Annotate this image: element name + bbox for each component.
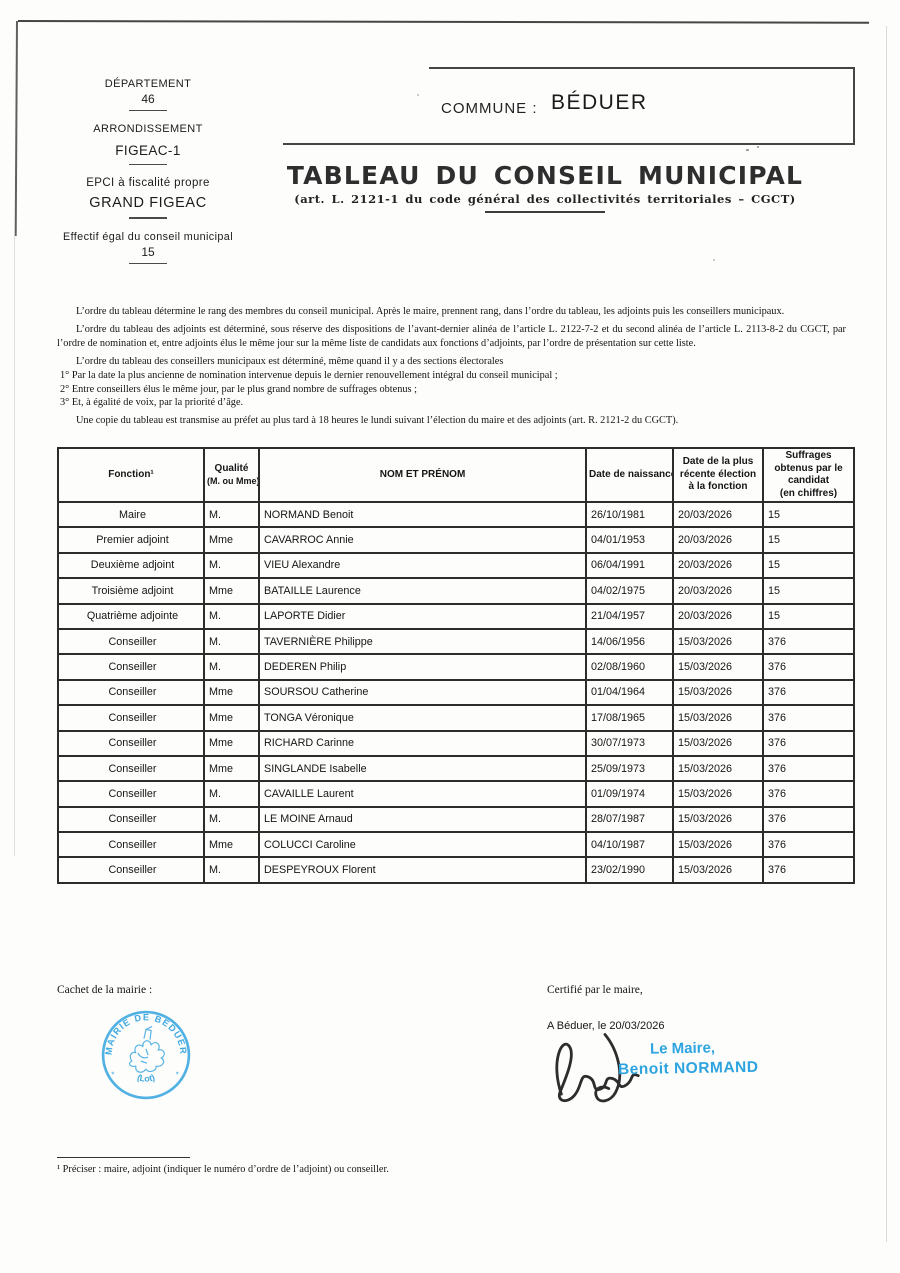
footnote: ¹ Préciser : maire, adjoint (indiquer le… (57, 1164, 389, 1175)
cell-election: 15/03/2026 (673, 629, 763, 654)
cell-qualite: Mme (204, 705, 259, 730)
cell-naissance: 23/02/1990 (586, 857, 673, 882)
cell-election: 15/03/2026 (673, 654, 763, 679)
cell-naissance: 04/01/1953 (586, 527, 673, 552)
table-row: Premier adjoint Mme CAVARROC Annie 04/01… (58, 527, 854, 552)
cell-suffrages: 15 (763, 578, 854, 603)
cell-qualite: Mme (204, 578, 259, 603)
stamp-bottom-text: (Lot) (136, 1072, 156, 1084)
scan-speck (713, 259, 715, 261)
left-header-block: DÉPARTEMENT 46 ARRONDISSEMENT FIGEAC-1 E… (50, 78, 246, 276)
cell-nom: CAVARROC Annie (259, 527, 586, 552)
certified-label: Certifié par le maire, (547, 984, 643, 996)
cell-qualite: Mme (204, 680, 259, 705)
cell-naissance: 01/04/1964 (586, 680, 673, 705)
table-row: Conseiller Mme COLUCCI Caroline 04/10/19… (58, 832, 854, 857)
paragraph: L’ordre du tableau des adjoints est déte… (57, 323, 846, 351)
divider-line (129, 110, 167, 111)
table-row: Troisième adjoint Mme BATAILLE Laurence … (58, 578, 854, 603)
cell-suffrages: 15 (763, 604, 854, 629)
cell-naissance: 21/04/1957 (586, 604, 673, 629)
paragraph: 1° Par la date la plus ancienne de nomin… (57, 369, 846, 383)
cell-suffrages: 376 (763, 832, 854, 857)
cell-suffrages: 376 (763, 629, 854, 654)
signed-title: Le Maire, (650, 1039, 715, 1057)
table-row: Conseiller M. DEDEREN Philip 02/08/1960 … (58, 654, 854, 679)
left-header-label: EPCI à fiscalité propre (50, 177, 246, 189)
cell-election: 15/03/2026 (673, 781, 763, 806)
cell-naissance: 04/02/1975 (586, 578, 673, 603)
paragraph: 2° Entre conseillers élus le même jour, … (57, 383, 846, 397)
cell-naissance: 30/07/1973 (586, 731, 673, 756)
cell-naissance: 02/08/1960 (586, 654, 673, 679)
cell-suffrages: 376 (763, 731, 854, 756)
cell-suffrages: 376 (763, 654, 854, 679)
cell-fonction: Conseiller (58, 629, 204, 654)
divider-line (129, 164, 167, 165)
page-title: TABLEAU DU CONSEIL MUNICIPAL (252, 161, 838, 190)
cell-election: 15/03/2026 (673, 756, 763, 781)
signed-name: Benoit NORMAND (618, 1059, 759, 1079)
cell-nom: LE MOINE Arnaud (259, 807, 586, 832)
col-header-fonction: Fonction¹ (58, 448, 204, 502)
left-header-label: ARRONDISSEMENT (50, 123, 246, 135)
divider-line (129, 217, 167, 218)
cell-fonction: Conseiller (58, 756, 204, 781)
cell-election: 20/03/2026 (673, 578, 763, 603)
cell-qualite: Mme (204, 832, 259, 857)
cell-nom: COLUCCI Caroline (259, 832, 586, 857)
cell-qualite: M. (204, 857, 259, 882)
cell-fonction: Quatrième adjointe (58, 604, 204, 629)
mairie-stamp: MAIRIE DE BEDUER (Lot) * * (99, 1008, 193, 1102)
table-row: Maire M. NORMAND Benoit 26/10/1981 20/03… (58, 502, 854, 527)
cell-fonction: Conseiller (58, 857, 204, 882)
cell-fonction: Maire (58, 502, 204, 527)
table-header-row: Fonction¹ Qualité (M. ou Mme) NOM ET PRÉ… (58, 448, 854, 502)
paragraph: 3° Et, à égalité de voix, par la priorit… (57, 396, 846, 410)
commune-name: BÉDUER (551, 91, 648, 115)
page-subtitle: (art. L. 2121-1 du code général des coll… (252, 192, 838, 206)
cell-fonction: Premier adjoint (58, 527, 204, 552)
divider-line (129, 263, 167, 264)
cell-fonction: Conseiller (58, 705, 204, 730)
cell-qualite: Mme (204, 731, 259, 756)
table-row: Conseiller M. DESPEYROUX Florent 23/02/1… (58, 857, 854, 882)
cell-nom: DESPEYROUX Florent (259, 857, 586, 882)
cell-fonction: Deuxième adjoint (58, 553, 204, 578)
cell-nom: LAPORTE Didier (259, 604, 586, 629)
cell-fonction: Conseiller (58, 781, 204, 806)
table-row: Quatrième adjointe M. LAPORTE Didier 21/… (58, 604, 854, 629)
table-row: Conseiller M. TAVERNIÈRE Philippe 14/06/… (58, 629, 854, 654)
cachet-label: Cachet de la mairie : (57, 984, 152, 996)
col-header-election: Date de la plus récente élection à la fo… (673, 448, 763, 502)
left-header-label: Effectif égal du conseil municipal (50, 231, 246, 243)
cell-election: 15/03/2026 (673, 807, 763, 832)
cell-suffrages: 15 (763, 527, 854, 552)
left-header-value: GRAND FIGEAC (50, 195, 246, 211)
cell-qualite: M. (204, 604, 259, 629)
cell-naissance: 04/10/1987 (586, 832, 673, 857)
cell-nom: TAVERNIÈRE Philippe (259, 629, 586, 654)
commune-label: COMMUNE : (441, 100, 538, 117)
cell-suffrages: 15 (763, 553, 854, 578)
col-header-qualite-line2: (M. ou Mme) (207, 476, 256, 487)
body-paragraphs: L’ordre du tableau détermine le rang des… (57, 305, 846, 428)
cell-qualite: M. (204, 553, 259, 578)
cell-qualite: M. (204, 502, 259, 527)
commune-box: COMMUNE : BÉDUER (283, 67, 855, 145)
cell-naissance: 14/06/1956 (586, 629, 673, 654)
col-header-qualite-line1: Qualité (207, 463, 256, 476)
cell-suffrages: 376 (763, 705, 854, 730)
table-row: Conseiller Mme TONGA Véronique 17/08/196… (58, 705, 854, 730)
cell-fonction: Conseiller (58, 731, 204, 756)
cell-election: 20/03/2026 (673, 502, 763, 527)
cell-nom: DEDEREN Philip (259, 654, 586, 679)
cell-suffrages: 376 (763, 781, 854, 806)
cell-suffrages: 376 (763, 857, 854, 882)
cell-nom: NORMAND Benoit (259, 502, 586, 527)
stamp-star-right: * (176, 1070, 180, 1079)
cell-election: 15/03/2026 (673, 705, 763, 730)
cell-nom: BATAILLE Laurence (259, 578, 586, 603)
cell-nom: VIEU Alexandre (259, 553, 586, 578)
cell-naissance: 26/10/1981 (586, 502, 673, 527)
left-header-value: 15 (50, 245, 246, 259)
footnote-rule (57, 1157, 190, 1158)
cell-nom: SOURSOU Catherine (259, 680, 586, 705)
cell-election: 15/03/2026 (673, 731, 763, 756)
commune-box-top-border (429, 67, 853, 69)
paragraph: L’ordre du tableau détermine le rang des… (57, 305, 846, 319)
table-row: Conseiller Mme SOURSOU Catherine 01/04/1… (58, 680, 854, 705)
left-header-item: ARRONDISSEMENT FIGEAC-1 (50, 123, 246, 165)
paragraph: L’ordre du tableau des conseillers munic… (57, 355, 846, 369)
cell-election: 15/03/2026 (673, 857, 763, 882)
cell-election: 20/03/2026 (673, 604, 763, 629)
cell-nom: TONGA Véronique (259, 705, 586, 730)
col-header-suffrages-line1: Suffrages obtenus par le candidat (766, 450, 851, 488)
stamp-star-left: * (111, 1070, 115, 1079)
left-header-value: 46 (50, 92, 246, 106)
cell-qualite: M. (204, 807, 259, 832)
stamp-emblem (130, 1026, 165, 1072)
cell-qualite: M. (204, 629, 259, 654)
council-table: Fonction¹ Qualité (M. ou Mme) NOM ET PRÉ… (57, 447, 855, 884)
title-block: TABLEAU DU CONSEIL MUNICIPAL (art. L. 21… (252, 161, 838, 213)
commune-box-bottom-border (283, 143, 853, 145)
cell-suffrages: 376 (763, 807, 854, 832)
left-header-item: DÉPARTEMENT 46 (50, 78, 246, 111)
scan-speck (757, 146, 759, 148)
paragraph: Une copie du tableau est transmise au pr… (57, 414, 846, 428)
cell-nom: SINGLANDE Isabelle (259, 756, 586, 781)
cell-naissance: 17/08/1965 (586, 705, 673, 730)
left-header-item: EPCI à fiscalité propre GRAND FIGEAC (50, 177, 246, 218)
divider-line (485, 211, 605, 213)
col-header-naissance: Date de naissance (586, 448, 673, 502)
cell-fonction: Troisième adjoint (58, 578, 204, 603)
cell-fonction: Conseiller (58, 654, 204, 679)
cell-election: 20/03/2026 (673, 553, 763, 578)
scan-edge-right (886, 26, 887, 1242)
scanned-document-page: DÉPARTEMENT 46 ARRONDISSEMENT FIGEAC-1 E… (0, 0, 900, 1273)
cell-fonction: Conseiller (58, 832, 204, 857)
cell-naissance: 25/09/1973 (586, 756, 673, 781)
col-header-suffrages-line2: (en chiffres) (766, 488, 851, 501)
cell-fonction: Conseiller (58, 807, 204, 832)
cell-fonction: Conseiller (58, 680, 204, 705)
scan-speck (746, 149, 749, 151)
cell-election: 15/03/2026 (673, 832, 763, 857)
cell-nom: CAVAILLE Laurent (259, 781, 586, 806)
cell-naissance: 01/09/1974 (586, 781, 673, 806)
cell-naissance: 28/07/1987 (586, 807, 673, 832)
cell-qualite: M. (204, 781, 259, 806)
cell-suffrages: 376 (763, 756, 854, 781)
cell-suffrages: 376 (763, 680, 854, 705)
cell-suffrages: 15 (763, 502, 854, 527)
cell-naissance: 06/04/1991 (586, 553, 673, 578)
table-row: Conseiller Mme RICHARD Carinne 30/07/197… (58, 731, 854, 756)
left-header-value: FIGEAC-1 (50, 143, 246, 158)
cell-qualite: Mme (204, 756, 259, 781)
left-header-label: DÉPARTEMENT (50, 78, 246, 90)
cell-qualite: Mme (204, 527, 259, 552)
cell-nom: RICHARD Carinne (259, 731, 586, 756)
scan-edge-top (18, 20, 869, 24)
table-row: Deuxième adjoint M. VIEU Alexandre 06/04… (58, 553, 854, 578)
cell-election: 15/03/2026 (673, 680, 763, 705)
cell-election: 20/03/2026 (673, 527, 763, 552)
cell-qualite: M. (204, 654, 259, 679)
table-row: Conseiller M. CAVAILLE Laurent 01/09/197… (58, 781, 854, 806)
left-header-item: Effectif égal du conseil municipal 15 (50, 231, 246, 264)
scan-edge-left-faint (14, 236, 15, 856)
col-header-qualite: Qualité (M. ou Mme) (204, 448, 259, 502)
col-header-suffrages: Suffrages obtenus par le candidat (en ch… (763, 448, 854, 502)
scan-edge-left (15, 21, 18, 236)
table-row: Conseiller M. LE MOINE Arnaud 28/07/1987… (58, 807, 854, 832)
table-row: Conseiller Mme SINGLANDE Isabelle 25/09/… (58, 756, 854, 781)
col-header-nom: NOM ET PRÉNOM (259, 448, 586, 502)
